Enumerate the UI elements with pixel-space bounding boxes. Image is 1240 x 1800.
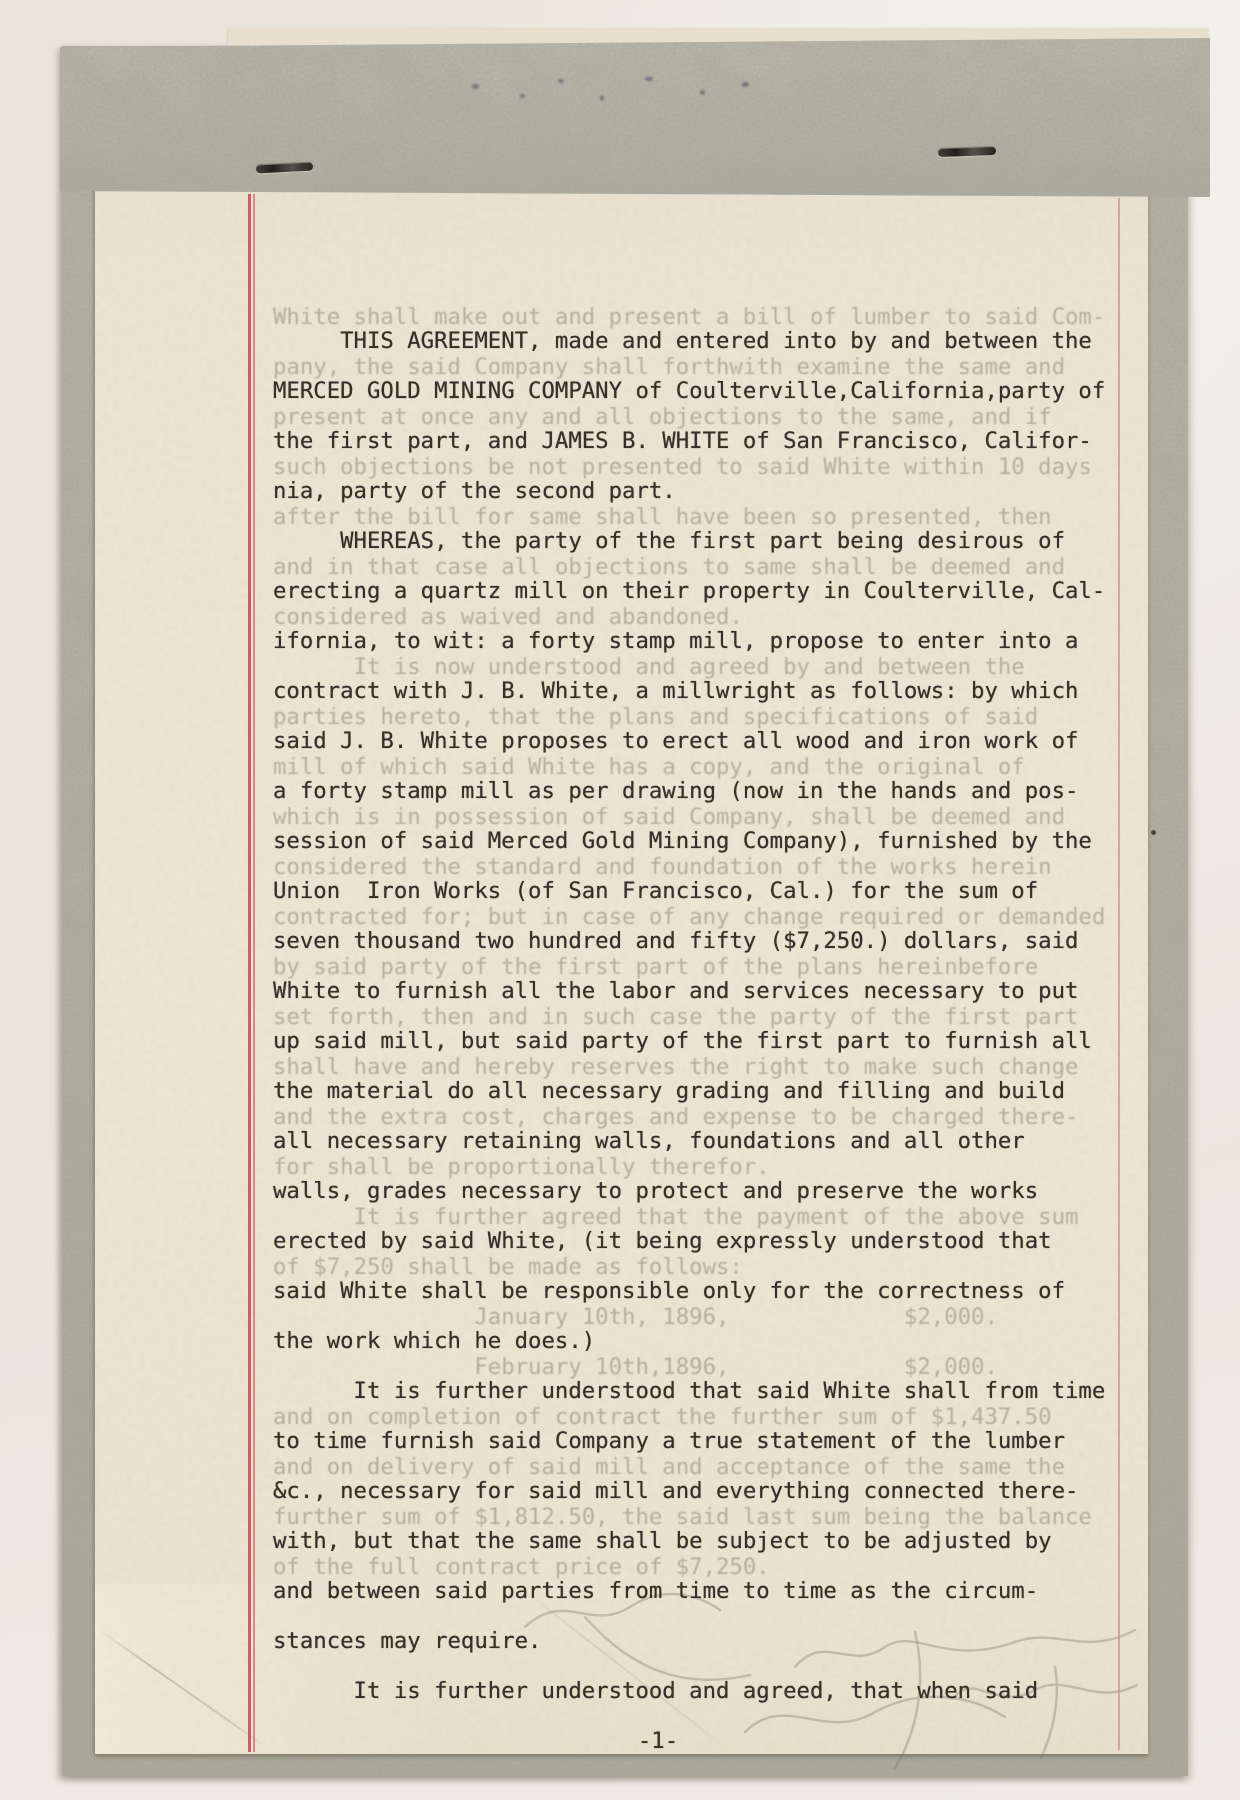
scan-scene: White shall make out and present a bill …	[0, 0, 1240, 1800]
typewritten-line: said J. B. White proposes to erect all w…	[273, 716, 1105, 766]
typewritten-line: said White shall be responsible only for…	[273, 1266, 1105, 1316]
ink-smudge	[600, 95, 604, 101]
typewritten-line: session of said Merced Gold Mining Compa…	[273, 816, 1105, 866]
margin-rule-left	[248, 194, 251, 1752]
typewritten-line: seven thousand two hundred and fifty ($7…	[273, 916, 1105, 966]
typewritten-line: all necessary retaining walls, foundatio…	[273, 1116, 1105, 1166]
ink-smudge	[558, 79, 564, 83]
typewritten-line: THIS AGREEMENT, made and entered into by…	[273, 316, 1105, 366]
typewritten-line: the work which he does.)	[273, 1316, 1105, 1366]
typewritten-line: erected by said White, (it being express…	[273, 1216, 1105, 1266]
ink-smudge	[520, 94, 525, 98]
typewritten-line: &c., necessary for said mill and everyth…	[273, 1466, 1105, 1516]
typewritten-line: a forty stamp mill as per drawing (now i…	[273, 766, 1105, 816]
typewritten-line: It is further understood that said White…	[273, 1366, 1105, 1416]
flap-texture	[60, 38, 1210, 200]
typewritten-line: the material do all necessary grading an…	[273, 1066, 1105, 1116]
typewritten-line: contract with J. B. White, a millwright …	[273, 666, 1105, 716]
margin-rule-right	[1118, 198, 1120, 1750]
scanned-document-photo: { "scan": { "page_number": "-1-", "typew…	[0, 0, 1240, 1800]
typewritten-line: the first part, and JAMES B. WHITE of Sa…	[273, 416, 1105, 466]
typewritten-line: walls, grades necessary to protect and p…	[273, 1166, 1105, 1216]
typewritten-line: stances may require.	[273, 1616, 1105, 1666]
typewritten-line: and between said parties from time to ti…	[273, 1566, 1105, 1616]
page-number: -1-	[598, 1716, 718, 1766]
typewritten-line: WHEREAS, the party of the first part bei…	[273, 516, 1105, 566]
ink-smudge	[742, 82, 749, 87]
ink-smudge	[700, 90, 705, 95]
typewritten-line: with, but that the same shall be subject…	[273, 1516, 1105, 1566]
dirt-speck	[1151, 830, 1156, 835]
typewritten-text: THIS AGREEMENT, made and entered into by…	[273, 316, 1105, 1716]
margin-rule-left-inner	[253, 194, 255, 1752]
typewritten-line: nia, party of the second part.	[273, 466, 1105, 516]
typewritten-line: up said mill, but said party of the firs…	[273, 1016, 1105, 1066]
typewritten-line: It is further understood and agreed, tha…	[273, 1666, 1105, 1716]
typewritten-line: MERCED GOLD MINING COMPANY of Coultervil…	[273, 366, 1105, 416]
cardboard-flap	[60, 38, 1210, 200]
typewritten-line: erecting a quartz mill on their property…	[273, 566, 1105, 616]
typewritten-line: White to furnish all the labor and servi…	[273, 966, 1105, 1016]
ink-smudge	[472, 84, 479, 89]
typewritten-line: Union Iron Works (of San Francisco, Cal.…	[273, 866, 1105, 916]
typewritten-line: ifornia, to wit: a forty stamp mill, pro…	[273, 616, 1105, 666]
ink-smudge	[645, 77, 653, 81]
typewritten-line: to time furnish said Company a true stat…	[273, 1416, 1105, 1466]
